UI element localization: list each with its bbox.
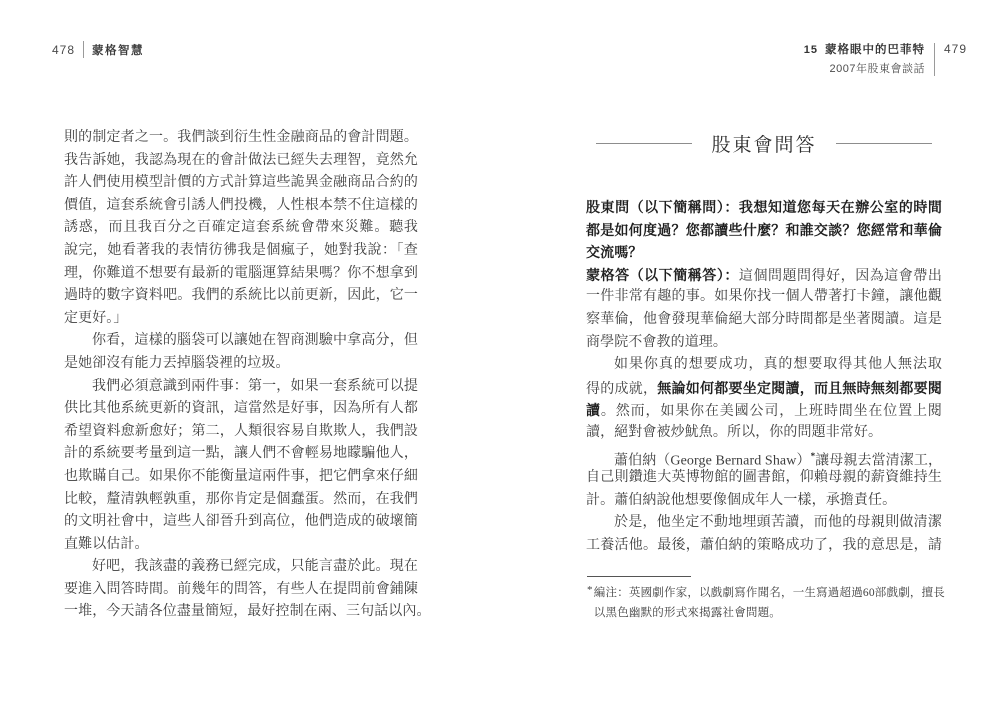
left-running-header: 478 蒙格智慧 <box>52 41 144 58</box>
text-line: 直難以估計。 <box>64 534 418 557</box>
text-segment: 交流嗎？ <box>586 244 642 260</box>
footnote-text: 編注：英國劇作家，以戲劇寫作聞名，一生寫過超過60部戲劇，擅長以黑色幽默的形式來… <box>594 583 945 623</box>
left-page-text: 則的制定者之一。我們談到衍生性金融商品的會計問題。我告訴她，我認為現在的會計做法… <box>64 127 418 624</box>
text-line: 於是，他坐定不動地埋頭苦讀，而他的母親則做清潔 <box>586 512 942 535</box>
text-segment: 理，你難道不想要有最新的電腦運算結果嗎？你不想拿到 <box>64 266 418 281</box>
text-segment: 則的制定者之一。我們談到衍生性金融商品的會計問題。 <box>64 130 418 145</box>
footnote-body: * 編注：英國劇作家，以戲劇寫作聞名，一生寫過超過60部戲劇，擅長以黑色幽默的形… <box>587 583 945 623</box>
text-line: 蒙格答（以下簡稱答）：這個問題問得好，因為這會帶出 <box>586 264 942 287</box>
footnote: * 編注：英國劇作家，以戲劇寫作聞名，一生寫過超過60部戲劇，擅長以黑色幽默的形… <box>587 576 945 623</box>
section-title: 股東會問答 <box>711 130 816 157</box>
footnote-line: 編注：英國劇作家，以戲劇寫作聞名，一生寫過超過60部戲劇，擅長 <box>594 583 945 603</box>
text-line: 計。蕭伯納說他想要像個成年人一樣，承擔責任。 <box>586 490 942 513</box>
text-segment: 供比其他系統更新的資訊，這當然是好事，因為所有人都 <box>64 401 418 416</box>
text-segment: 於是，他坐定不動地埋頭苦讀，而他的母親則做清潔 <box>614 515 942 530</box>
text-segment: 直難以估計。 <box>64 537 149 552</box>
text-segment: 要進入問答時間。前幾年的問答，有些人在提問前會鋪陳 <box>64 582 418 597</box>
heading-rule-right <box>836 143 932 144</box>
chapter-heading: 15蒙格眼中的巴菲特 2007年股東會談話 <box>804 41 925 76</box>
text-line: 交流嗎？ <box>586 241 942 264</box>
footnote-separator <box>587 576 691 577</box>
text-line: 都是如何度過？您都讀些什麼？和誰交談？您經常和華倫 <box>586 219 942 242</box>
text-line: 理，你難道不想要有最新的電腦運算結果嗎？你不想拿到 <box>64 263 418 286</box>
text-segment: 股東問（以下簡稱問）：我想知道您每天在辦公室的時間 <box>586 199 942 215</box>
text-segment: 無論如何都要坐定閱讀，而且無時無刻都要閱 <box>657 380 942 396</box>
text-segment: 蒙格答（以下簡稱答）： <box>586 267 739 283</box>
text-segment: 讓母親去當清潔工， <box>815 453 942 468</box>
text-segment: 好吧，我該盡的義務已經完成，只能言盡於此。現在 <box>92 559 418 574</box>
text-line: 察華倫，他會發現華倫絕大部分時間都是坐著閱讀。這是 <box>586 309 942 332</box>
text-segment: 這個問題問得好，因為這會帶出 <box>739 269 942 284</box>
text-line: 一堆，今天請各位盡量簡短，最好控制在兩、三句話以內。 <box>64 601 418 624</box>
text-line: 計的系統要考量到這一點，讓人們不會輕易地矇騙他人， <box>64 443 418 466</box>
text-segment: 是她卻沒有能力丟掉腦袋裡的垃圾。 <box>64 356 290 371</box>
text-line: 則的制定者之一。我們談到衍生性金融商品的會計問題。 <box>64 127 418 150</box>
text-line: 誘惑，而且我百分之百確定這套系統會帶來災難。聽我 <box>64 217 418 240</box>
text-line: 好吧，我該盡的義務已經完成，只能言盡於此。現在 <box>64 556 418 579</box>
text-segment: 許人們使用模型計價的方式計算這些詭異金融商品合約的 <box>64 175 418 190</box>
text-segment: 得的成就， <box>586 382 657 397</box>
text-line: 股東問（以下簡稱問）：我想知道您每天在辦公室的時間 <box>586 196 942 219</box>
text-segment: 讀，絕對會被炒魷魚。所以，你的問題非常好。 <box>586 425 882 440</box>
text-segment: 誘惑，而且我百分之百確定這套系統會帶來災難。聽我 <box>64 220 418 235</box>
text-segment: 如果你真的想要成功，真的想要取得其他人無法取 <box>614 357 942 372</box>
text-segment: 計的系統要考量到這一點，讓人們不會輕易地矇騙他人， <box>64 446 418 461</box>
right-running-header: 15蒙格眼中的巴菲特 2007年股東會談話 479 <box>804 41 967 76</box>
text-line: 是她卻沒有能力丟掉腦袋裡的垃圾。 <box>64 353 418 376</box>
text-line: 工養活他。最後，蕭伯納的策略成功了，我的意思是，請 <box>586 535 942 558</box>
text-line: 一件非常有趣的事。如果你找一個人帶著打卡鐘，讓他觀 <box>586 286 942 309</box>
text-line: 比較，釐清孰輕孰重，那你肯定是個蠢蛋。然而，在我們 <box>64 489 418 512</box>
text-line: 得的成就，無論如何都要坐定閱讀，而且無時無刻都要閱 <box>586 377 942 400</box>
text-segment: 一件非常有趣的事。如果你找一個人帶著打卡鐘，讓他觀 <box>586 289 942 304</box>
header-divider-left <box>83 41 84 58</box>
section-heading: 股東會問答 <box>586 128 942 158</box>
text-segment: 蕭伯納（George Bernard Shaw） <box>614 453 811 468</box>
heading-rule-left <box>596 143 692 144</box>
text-line: 要進入問答時間。前幾年的問答，有些人在提問前會鋪陳 <box>64 579 418 602</box>
chapter-title-line: 15蒙格眼中的巴菲特 <box>804 41 925 57</box>
text-line: 讀，絕對會被炒魷魚。所以，你的問題非常好。 <box>586 422 942 445</box>
text-line: 你看，這樣的腦袋可以讓她在智商測驗中拿高分，但 <box>64 330 418 353</box>
text-line: 讀。然而，如果你在美國公司，上班時間坐在位置上閱 <box>586 399 942 422</box>
right-page-text: 股東問（以下簡稱問）：我想知道您每天在辦公室的時間都是如何度過？您都讀些什麼？和… <box>586 196 942 558</box>
book-running-title: 蒙格智慧 <box>92 42 144 58</box>
footnote-marker: * <box>587 583 594 623</box>
text-segment: 比較，釐清孰輕孰重，那你肯定是個蠢蛋。然而，在我們 <box>64 492 418 507</box>
text-segment: 我告訴她，我認為現在的會計做法已經失去理智，竟然允 <box>64 153 418 168</box>
text-segment: 價值，這套系統會引誘人們投機，人性根本禁不住這樣的 <box>64 198 418 213</box>
text-segment: 。然而，如果你在美國公司，上班時間坐在位置上閱 <box>601 404 942 419</box>
text-segment: 計。蕭伯納說他想要像個成年人一樣，承擔責任。 <box>586 493 896 508</box>
left-page-number: 478 <box>52 43 75 57</box>
text-segment: 讀 <box>586 402 601 418</box>
footnote-line: 以黑色幽默的形式來揭露社會問題。 <box>594 603 945 623</box>
text-line: 我們必須意識到兩件事：第一，如果一套系統可以提 <box>64 376 418 399</box>
chapter-number: 15 <box>804 44 818 56</box>
text-line: 價值，這套系統會引誘人們投機，人性根本禁不住這樣的 <box>64 195 418 218</box>
header-divider-right <box>934 43 935 76</box>
text-line: 蕭伯納（George Bernard Shaw）*讓母親去當清潔工， <box>586 445 942 468</box>
text-line: 過時的數字資料吧。我們的系統比以前更新，因此，它一 <box>64 285 418 308</box>
text-line: 的文明社會中，這些人卻晉升到高位，他們造成的破壞簡 <box>64 511 418 534</box>
text-segment: 你看，這樣的腦袋可以讓她在智商測驗中拿高分，但 <box>92 333 418 348</box>
text-line: 供比其他系統更新的資訊，這當然是好事，因為所有人都 <box>64 398 418 421</box>
text-segment: 工養活他。最後，蕭伯納的策略成功了，我的意思是，請 <box>586 538 942 553</box>
text-line: 許人們使用模型計價的方式計算這些詭異金融商品合約的 <box>64 172 418 195</box>
text-segment: 說完，她看著我的表情彷彿我是個瘋子，她對我說：「查 <box>64 243 418 258</box>
text-line: 我告訴她，我認為現在的會計做法已經失去理智，竟然允 <box>64 150 418 173</box>
text-segment: 察華倫，他會發現華倫絕大部分時間都是坐著閱讀。這是 <box>586 312 942 327</box>
text-line: 定更好。」 <box>64 308 418 331</box>
chapter-subtitle: 2007年股東會談話 <box>804 60 925 76</box>
text-segment: 也欺瞞自己。如果你不能衡量這兩件事，把它們拿來仔細 <box>64 469 418 484</box>
text-line: 自己則鑽進大英博物館的圖書館，仰賴母親的薪資維持生 <box>586 467 942 490</box>
text-segment: 定更好。」 <box>64 311 128 326</box>
text-segment: 的文明社會中，這些人卻晉升到高位，他們造成的破壞簡 <box>64 514 418 529</box>
text-segment: 希望資料愈新愈好；第二，人類很容易自欺欺人，我們設 <box>64 424 418 439</box>
text-line: 商學院不會教的道理。 <box>586 332 942 355</box>
text-segment: 商學院不會教的道理。 <box>586 335 727 350</box>
text-segment: 都是如何度過？您都讀些什麼？和誰交談？您經常和華倫 <box>586 222 942 238</box>
right-page-number: 479 <box>944 41 967 56</box>
text-segment: 自己則鑽進大英博物館的圖書館，仰賴母親的薪資維持生 <box>586 470 942 485</box>
text-line: 希望資料愈新愈好；第二，人類很容易自欺欺人，我們設 <box>64 421 418 444</box>
text-segment: 一堆，今天請各位盡量簡短，最好控制在兩、三句話以內。 <box>64 604 431 619</box>
book-spread: 478 蒙格智慧 15蒙格眼中的巴菲特 2007年股東會談話 479 則的制定者… <box>0 0 1000 701</box>
text-segment: 過時的數字資料吧。我們的系統比以前更新，因此，它一 <box>64 288 418 303</box>
text-line: 說完，她看著我的表情彷彿我是個瘋子，她對我說：「查 <box>64 240 418 263</box>
text-segment: 我們必須意識到兩件事：第一，如果一套系統可以提 <box>92 379 418 394</box>
chapter-title: 蒙格眼中的巴菲特 <box>825 44 925 56</box>
text-line: 如果你真的想要成功，真的想要取得其他人無法取 <box>586 354 942 377</box>
text-line: 也欺瞞自己。如果你不能衡量這兩件事，把它們拿來仔細 <box>64 466 418 489</box>
